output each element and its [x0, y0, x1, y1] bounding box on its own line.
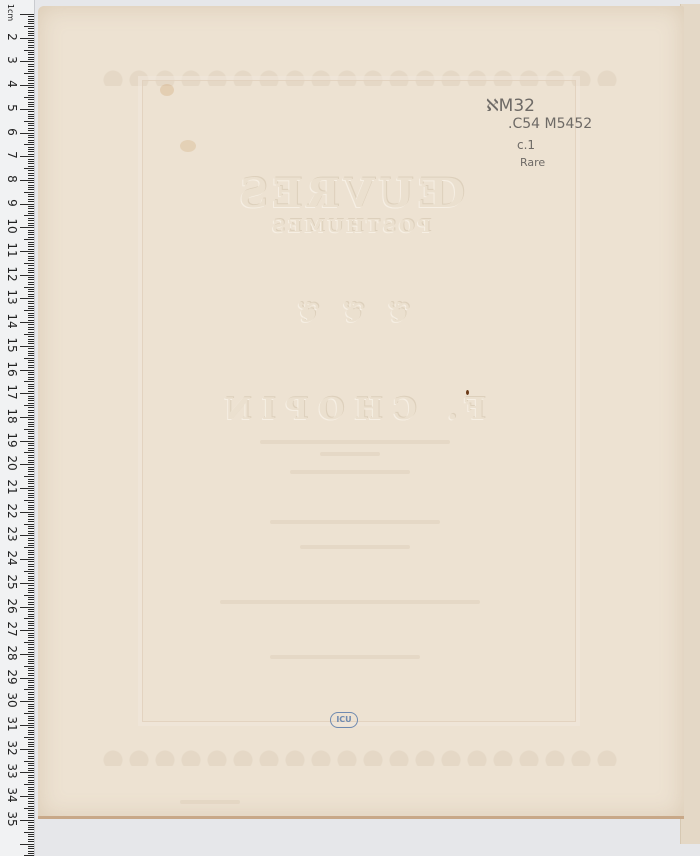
ruler-tick: [28, 635, 34, 636]
ruler-tick: [28, 256, 34, 257]
ruler-tick: [28, 652, 34, 653]
ruler-tick: [28, 597, 34, 598]
ruler-tick: [28, 289, 34, 290]
ruler-tick: [28, 561, 34, 562]
ruler-tick: [28, 825, 34, 826]
foxing-stain: [160, 84, 174, 96]
ruler-tick: [20, 559, 34, 560]
ruler-tick: [24, 26, 34, 27]
embossed-text-line: [220, 600, 480, 604]
ruler-tick: [28, 54, 34, 55]
ruler-tick: [28, 734, 34, 735]
ruler-tick: [24, 713, 34, 714]
ruler-tick: [20, 464, 34, 465]
ruler-tick: [28, 789, 34, 790]
ruler-tick: [28, 533, 34, 534]
ruler-tick: [28, 697, 34, 698]
ruler-tick: [28, 573, 34, 574]
ruler-tick: [28, 791, 34, 792]
ruler-tick: [28, 585, 34, 586]
ruler-tick: [28, 372, 34, 373]
ruler-tick: [24, 144, 34, 145]
ruler-tick: [24, 263, 34, 264]
ruler-tick: [28, 367, 34, 368]
ruler-tick: [28, 751, 34, 752]
ruler-tick: [28, 720, 34, 721]
ruler-tick: [24, 642, 34, 643]
foxing-stain: [180, 140, 196, 152]
ruler-tick: [28, 815, 34, 816]
ruler-tick: [28, 42, 34, 43]
ruler-tick: [28, 746, 34, 747]
ruler-tick: [28, 104, 34, 105]
ruler-tick: [28, 756, 34, 757]
ruler-tick: [28, 687, 34, 688]
ruler-tick: [24, 689, 34, 690]
ruler-number: 34: [5, 784, 19, 806]
ruler-tick: [28, 246, 34, 247]
ruler-tick: [28, 140, 34, 141]
ruler-tick: [28, 706, 34, 707]
ruler-tick: [28, 801, 34, 802]
ruler-tick: [24, 832, 34, 833]
ruler-tick: [28, 244, 34, 245]
ruler-tick: [28, 765, 34, 766]
ruler-tick: [28, 33, 34, 34]
ruler-tick: [28, 644, 34, 645]
ruler-tick: [28, 543, 34, 544]
paper-spot: [466, 390, 469, 395]
ruler-tick: [28, 365, 34, 366]
ruler-tick: [28, 753, 34, 754]
ruler-tick: [28, 118, 34, 119]
ruler-tick: [28, 704, 34, 705]
ruler-tick: [28, 154, 34, 155]
ruler-tick: [28, 457, 34, 458]
ruler-tick: [28, 625, 34, 626]
ruler-number: 3: [5, 49, 19, 71]
ruler-tick: [28, 682, 34, 683]
ruler-tick: [20, 133, 34, 134]
ruler-tick: [28, 659, 34, 660]
ruler-number: 29: [5, 666, 19, 688]
ruler-tick: [28, 166, 34, 167]
ruler-tick: [28, 576, 34, 577]
ruler-tick: [20, 488, 34, 489]
call-number-line1: ℵM32: [486, 96, 535, 116]
ruler-tick: [28, 723, 34, 724]
ruler-tick: [28, 71, 34, 72]
copy-number: c.1: [517, 138, 535, 152]
ruler-tick: [24, 784, 34, 785]
ruler-tick: [28, 680, 34, 681]
ruler-tick: [28, 552, 34, 553]
ruler-tick: [28, 78, 34, 79]
ruler-tick: [28, 343, 34, 344]
ruler-tick: [28, 19, 34, 20]
ruler-tick: [28, 279, 34, 280]
ruler-tick: [28, 516, 34, 517]
ruler-tick: [28, 21, 34, 22]
ruler-tick: [28, 40, 34, 41]
ruler-tick: [28, 135, 34, 136]
ruler-tick: [20, 583, 34, 584]
ruler-tick: [28, 528, 34, 529]
ruler-tick: [28, 481, 34, 482]
ruler-tick: [28, 673, 34, 674]
ruler-number: 23: [5, 523, 19, 545]
ruler-tick: [28, 592, 34, 593]
ruler-number: 31: [5, 713, 19, 735]
ruler-tick: [28, 116, 34, 117]
ruler-tick: [28, 80, 34, 81]
ruler-tick: [28, 611, 34, 612]
ruler-tick: [28, 692, 34, 693]
ruler-tick: [20, 607, 34, 608]
ruler-tick: [24, 666, 34, 667]
ruler-tick: [28, 270, 34, 271]
ruler-tick: [20, 441, 34, 442]
ruler-tick: [20, 370, 34, 371]
ruler-tick: [28, 348, 34, 349]
embossed-text-line: [320, 452, 380, 456]
ruler-tick: [28, 253, 34, 254]
ruler-tick: [20, 678, 34, 679]
ruler-tick: [28, 128, 34, 129]
ruler-tick: [28, 377, 34, 378]
ruler-tick: [28, 853, 34, 854]
ruler-tick: [28, 521, 34, 522]
ruler-tick: [20, 772, 34, 773]
library-stamp: ICU: [330, 712, 358, 728]
ruler-tick: [28, 675, 34, 676]
ruler-tick: [28, 768, 34, 769]
ruler-tick: [28, 614, 34, 615]
ruler-tick: [28, 90, 34, 91]
ruler-tick: [28, 16, 34, 17]
ruler-tick: [28, 566, 34, 567]
ruler-tick: [24, 571, 34, 572]
ruler-tick: [28, 431, 34, 432]
ruler-tick: [28, 445, 34, 446]
ruler-tick: [28, 272, 34, 273]
ruler-tick: [28, 455, 34, 456]
ruler-tick: [28, 794, 34, 795]
ruler-number: 27: [5, 618, 19, 640]
ruler-tick: [28, 374, 34, 375]
ruler-tick: [24, 287, 34, 288]
ruler-tick: [28, 362, 34, 363]
ruler-tick: [28, 450, 34, 451]
ruler-number: 4: [5, 73, 19, 95]
ruler-tick: [28, 628, 34, 629]
ruler-tick: [28, 604, 34, 605]
ruler-number: 2: [5, 26, 19, 48]
ruler-tick: [28, 782, 34, 783]
ruler-tick: [28, 433, 34, 434]
ruler-tick: [28, 803, 34, 804]
ruler-tick: [24, 452, 34, 453]
ruler-tick: [28, 590, 34, 591]
ruler-tick: [28, 282, 34, 283]
ruler-tick: [24, 761, 34, 762]
ruler-number: 11: [5, 239, 19, 261]
ruler-tick: [28, 268, 34, 269]
ruler-tick: [20, 346, 34, 347]
ruler-tick: [28, 716, 34, 717]
ruler-tick: [28, 742, 34, 743]
ruler-tick: [20, 844, 34, 845]
ruler-tick: [28, 479, 34, 480]
ruler-tick: [28, 106, 34, 107]
ruler-tick: [28, 538, 34, 539]
ruler-tick: [24, 500, 34, 501]
ruler-tick: [28, 114, 34, 115]
ruler-number: 22: [5, 500, 19, 522]
ruler-tick: [28, 59, 34, 60]
ruler-number: 30: [5, 689, 19, 711]
ruler-tick: [24, 429, 34, 430]
ruler-tick: [28, 730, 34, 731]
ruler-tick: [28, 125, 34, 126]
ruler-tick: [28, 848, 34, 849]
ruler-tick: [28, 486, 34, 487]
ruler-tick: [28, 616, 34, 617]
ruler-tick: [28, 829, 34, 830]
ruler-tick: [28, 633, 34, 634]
ruler-tick: [28, 448, 34, 449]
embossed-subtitle: POSTHUMES: [0, 216, 700, 237]
ruler-tick: [28, 161, 34, 162]
ruler-tick: [24, 808, 34, 809]
embossed-name: F. CHOPIN: [0, 392, 700, 427]
ruler-number: 15: [5, 334, 19, 356]
ruler-number: 6: [5, 121, 19, 143]
ruler-tick: [28, 649, 34, 650]
ruler-tick: [28, 851, 34, 852]
ruler-tick: [28, 438, 34, 439]
ruler-tick: [20, 512, 34, 513]
ruler-tick: [28, 277, 34, 278]
ruler-tick: [20, 156, 34, 157]
ruler-tick: [28, 810, 34, 811]
ruler-tick: [28, 839, 34, 840]
ruler-number: 16: [5, 358, 19, 380]
ruler-number: 32: [5, 737, 19, 759]
ruler-tick: [28, 137, 34, 138]
ruler-tick: [28, 623, 34, 624]
ruler-tick: [24, 50, 34, 51]
embossed-text-line: [270, 520, 440, 524]
ruler-tick: [28, 621, 34, 622]
ruler-tick: [28, 130, 34, 131]
ruler-tick: [28, 249, 34, 250]
ruler-tick: [28, 580, 34, 581]
ruler-tick: [28, 509, 34, 510]
ruler-tick: [28, 291, 34, 292]
ruler-tick: [28, 460, 34, 461]
ruler-tick: [28, 45, 34, 46]
ruler-tick: [28, 663, 34, 664]
ruler-tick: [28, 47, 34, 48]
ruler-tick: [28, 64, 34, 65]
ruler-tick: [20, 749, 34, 750]
ruler-tick: [24, 618, 34, 619]
ruler-tick: [24, 358, 34, 359]
ruler-tick: [28, 502, 34, 503]
ruler-tick: [28, 798, 34, 799]
ruler-tick: [28, 386, 34, 387]
ruler-tick: [28, 351, 34, 352]
ruler-tick: [28, 497, 34, 498]
ruler-tick: [28, 718, 34, 719]
ruler-tick: [28, 35, 34, 36]
ruler-tick: [28, 550, 34, 551]
ruler-tick: [28, 770, 34, 771]
ruler-tick: [28, 554, 34, 555]
ruler-tick: [28, 602, 34, 603]
ruler-tick: [28, 507, 34, 508]
ruler-tick: [20, 820, 34, 821]
ruler-number: 35: [5, 808, 19, 830]
ruler-number: 24: [5, 547, 19, 569]
embossed-text-line: [180, 800, 240, 804]
embossed-ornament: ❦ ❦ ❦: [0, 296, 700, 329]
ruler-number: 33: [5, 760, 19, 782]
ruler-tick: [28, 355, 34, 356]
ruler-tick: [28, 827, 34, 828]
ruler-tick: [28, 23, 34, 24]
ruler-tick: [28, 777, 34, 778]
ruler-number: 19: [5, 429, 19, 451]
ruler-tick: [28, 661, 34, 662]
ruler-tick: [28, 469, 34, 470]
ruler-tick: [28, 142, 34, 143]
ruler-tick: [24, 334, 34, 335]
ruler-tick: [28, 147, 34, 148]
ruler-tick: [28, 443, 34, 444]
ruler-tick: [28, 102, 34, 103]
ruler-tick: [28, 841, 34, 842]
ruler-tick: [28, 151, 34, 152]
ruler-tick: [28, 360, 34, 361]
ruler-tick: [28, 834, 34, 835]
ruler-tick: [28, 341, 34, 342]
ruler-tick: [28, 111, 34, 112]
ruler-tick: [20, 85, 34, 86]
ruler-tick: [28, 66, 34, 67]
ruler-tick: [28, 739, 34, 740]
ruler-tick: [28, 656, 34, 657]
ruler-tick: [24, 476, 34, 477]
ruler-tick: [28, 436, 34, 437]
ruler-tick: [20, 275, 34, 276]
ruler-tick: [28, 474, 34, 475]
ruler-tick: [20, 109, 34, 110]
ruler-tick: [28, 384, 34, 385]
ruler-tick: [28, 284, 34, 285]
ruler-tick: [28, 540, 34, 541]
ruler-tick: [28, 822, 34, 823]
ruler-tick: [28, 694, 34, 695]
ruler-tick: [28, 483, 34, 484]
ruler-tick: [20, 630, 34, 631]
ruler-tick: [28, 163, 34, 164]
ruler-tick: [28, 817, 34, 818]
ruler-number: 7: [5, 144, 19, 166]
ruler-tick: [24, 547, 34, 548]
ruler-tick: [28, 763, 34, 764]
ruler-tick: [28, 28, 34, 29]
ruler-tick: [24, 524, 34, 525]
ruler-tick: [28, 670, 34, 671]
ruler-tick: [28, 514, 34, 515]
ruler-number: 12: [5, 263, 19, 285]
ruler-number: 28: [5, 642, 19, 664]
ruler-number: 26: [5, 595, 19, 617]
ruler-tick: [28, 557, 34, 558]
ruler-tick: [24, 595, 34, 596]
ruler-tick: [28, 159, 34, 160]
ruler-tick: [28, 806, 34, 807]
ruler-tick: [28, 471, 34, 472]
ruler-tick: [20, 535, 34, 536]
ruler-tick: [28, 727, 34, 728]
ruler-tick: [28, 242, 34, 243]
ruler-tick: [28, 578, 34, 579]
ruler-tick: [28, 711, 34, 712]
ruler-tick: [24, 737, 34, 738]
ruler-tick: [28, 149, 34, 150]
ruler-tick: [28, 258, 34, 259]
ruler-number: 5: [5, 97, 19, 119]
ruler-tick: [28, 685, 34, 686]
ruler-tick: [28, 493, 34, 494]
collection-label: Rare: [520, 156, 545, 169]
ruler-tick: [28, 732, 34, 733]
ruler-tick: [28, 744, 34, 745]
ruler-tick: [24, 239, 34, 240]
ruler-number: 25: [5, 571, 19, 593]
ruler-tick: [28, 519, 34, 520]
ruler-number: 21: [5, 476, 19, 498]
ruler-tick: [28, 467, 34, 468]
embossed-title: ŒUVRES: [0, 170, 700, 217]
ruler-tick: [28, 813, 34, 814]
page-bottom-edge: [38, 816, 684, 819]
decorative-border-bottom: [100, 740, 620, 766]
ruler-tick: [20, 725, 34, 726]
ruler-tick: [28, 588, 34, 589]
embossed-text-line: [300, 545, 410, 549]
ruler-tick: [28, 640, 34, 641]
ruler-tick: [24, 73, 34, 74]
ruler-tick: [24, 168, 34, 169]
ruler-tick: [28, 87, 34, 88]
ruler-tick: [28, 294, 34, 295]
ruler-tick: [28, 490, 34, 491]
ruler-tick: [28, 569, 34, 570]
ruler-tick: [28, 353, 34, 354]
ruler-tick: [28, 95, 34, 96]
ruler-tick: [28, 57, 34, 58]
ruler-tick: [28, 462, 34, 463]
ruler-tick: [28, 526, 34, 527]
ruler-tick: [28, 609, 34, 610]
ruler-tick: [28, 758, 34, 759]
embossed-text-line: [290, 470, 410, 474]
ruler-tick: [28, 31, 34, 32]
